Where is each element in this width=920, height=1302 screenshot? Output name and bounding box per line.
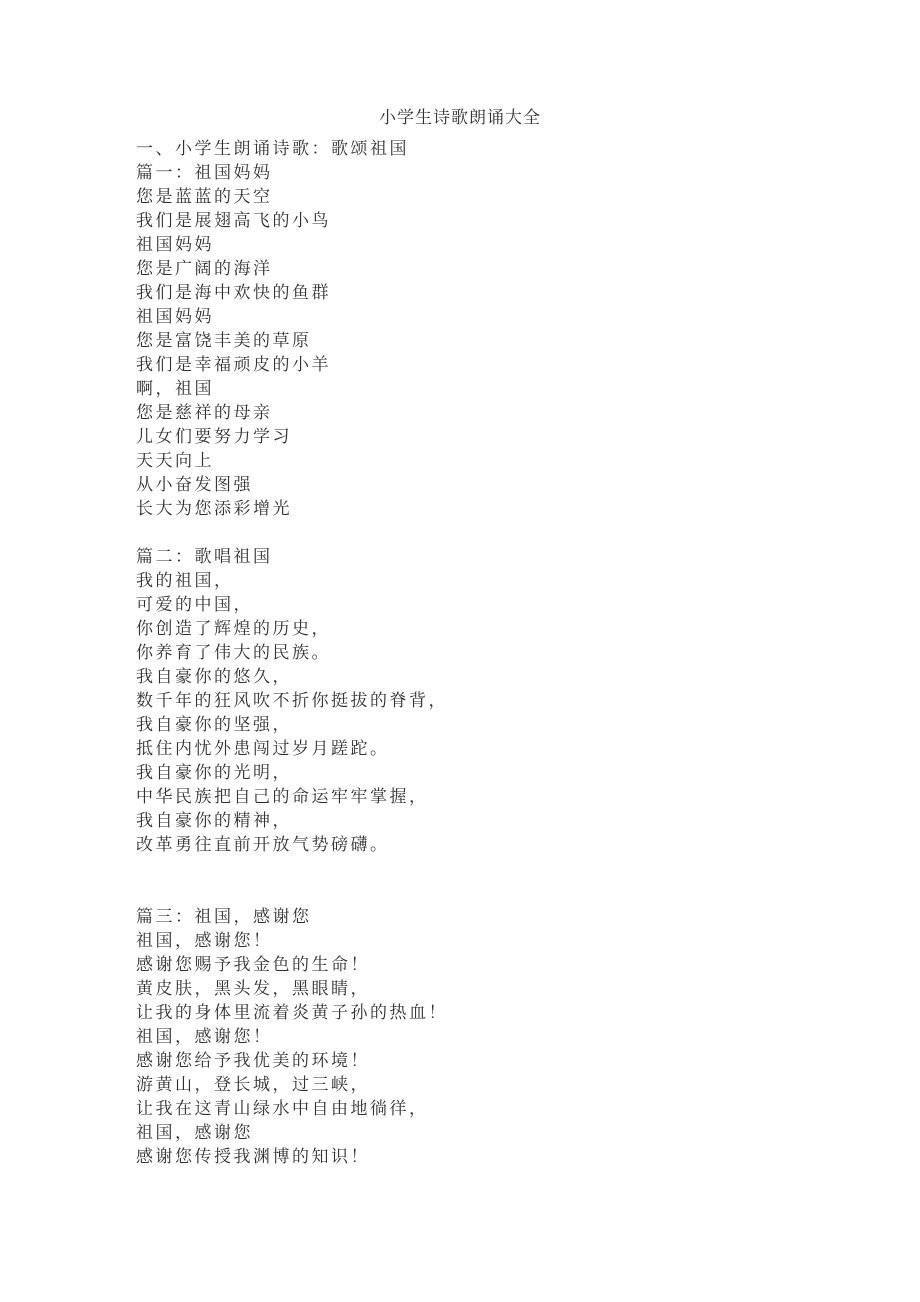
poem-line: 我自豪你的悠久， [136, 665, 784, 689]
poem-line: 啊，祖国 [136, 377, 784, 401]
section-heading: 一、小学生朗诵诗歌：歌颂祖国 [136, 137, 784, 161]
poem-line: 您是蓝蓝的天空 [136, 185, 784, 209]
poem-line: 您是慈祥的母亲 [136, 401, 784, 425]
poem-line: 感谢您传授我渊博的知识！ [136, 1145, 784, 1169]
document-title: 小学生诗歌朗诵大全 [136, 106, 784, 130]
poem-line: 祖国，感谢您！ [136, 1025, 784, 1049]
poem-heading: 篇三：祖国，感谢您 [136, 905, 784, 929]
poem-line: 儿女们要努力学习 [136, 425, 784, 449]
poem-line: 我的祖国， [136, 569, 784, 593]
poem-heading: 篇二：歌唱祖国 [136, 545, 784, 569]
poem-line: 我自豪你的光明， [136, 761, 784, 785]
poem-block: 篇一：祖国妈妈您是蓝蓝的天空我们是展翅高飞的小鸟祖国妈妈您是广阔的海洋我们是海中… [136, 161, 784, 545]
poem-line: 我自豪你的精神， [136, 809, 784, 833]
blank-line [136, 881, 784, 905]
poem-block: 篇三：祖国，感谢您祖国，感谢您！感谢您赐予我金色的生命！黄皮肤，黑头发，黑眼睛，… [136, 905, 784, 1169]
poem-line: 感谢您给予我优美的环境！ [136, 1049, 784, 1073]
poem-line: 长大为您添彩增光 [136, 497, 784, 521]
poem-line: 感谢您赐予我金色的生命！ [136, 953, 784, 977]
poem-block: 篇二：歌唱祖国我的祖国，可爱的中国，你创造了辉煌的历史，你养育了伟大的民族。我自… [136, 545, 784, 905]
poem-line: 改革勇往直前开放气势磅礴。 [136, 833, 784, 857]
poem-line: 我们是海中欢快的鱼群 [136, 281, 784, 305]
poem-line: 您是广阔的海洋 [136, 257, 784, 281]
poem-line: 可爱的中国， [136, 593, 784, 617]
poem-line: 祖国，感谢您 [136, 1121, 784, 1145]
poem-line: 让我在这青山绿水中自由地徜徉， [136, 1097, 784, 1121]
poem-line: 祖国，感谢您！ [136, 929, 784, 953]
poem-line: 我们是幸福顽皮的小羊 [136, 353, 784, 377]
poem-line: 您是富饶丰美的草原 [136, 329, 784, 353]
poem-heading: 篇一：祖国妈妈 [136, 161, 784, 185]
poem-line: 数千年的狂风吹不折你挺拔的脊背， [136, 689, 784, 713]
poems-container: 篇一：祖国妈妈您是蓝蓝的天空我们是展翅高飞的小鸟祖国妈妈您是广阔的海洋我们是海中… [136, 161, 784, 1169]
poem-line: 我自豪你的坚强， [136, 713, 784, 737]
poem-line: 天天向上 [136, 449, 784, 473]
poem-line: 让我的身体里流着炎黄子孙的热血！ [136, 1001, 784, 1025]
poem-line: 游黄山，登长城，过三峡， [136, 1073, 784, 1097]
blank-line [136, 857, 784, 881]
poem-line: 你养育了伟大的民族。 [136, 641, 784, 665]
poem-line: 我们是展翅高飞的小鸟 [136, 209, 784, 233]
poem-line: 抵住内忧外患闯过岁月蹉跎。 [136, 737, 784, 761]
poem-line: 你创造了辉煌的历史， [136, 617, 784, 641]
document-page: 小学生诗歌朗诵大全 一、小学生朗诵诗歌：歌颂祖国 篇一：祖国妈妈您是蓝蓝的天空我… [0, 0, 920, 1302]
poem-line: 从小奋发图强 [136, 473, 784, 497]
poem-line: 祖国妈妈 [136, 233, 784, 257]
poem-line: 祖国妈妈 [136, 305, 784, 329]
document-body: 小学生诗歌朗诵大全 一、小学生朗诵诗歌：歌颂祖国 篇一：祖国妈妈您是蓝蓝的天空我… [136, 106, 784, 1169]
poem-line: 黄皮肤，黑头发，黑眼睛， [136, 977, 784, 1001]
poem-line: 中华民族把自己的命运牢牢掌握， [136, 785, 784, 809]
blank-line [136, 521, 784, 545]
